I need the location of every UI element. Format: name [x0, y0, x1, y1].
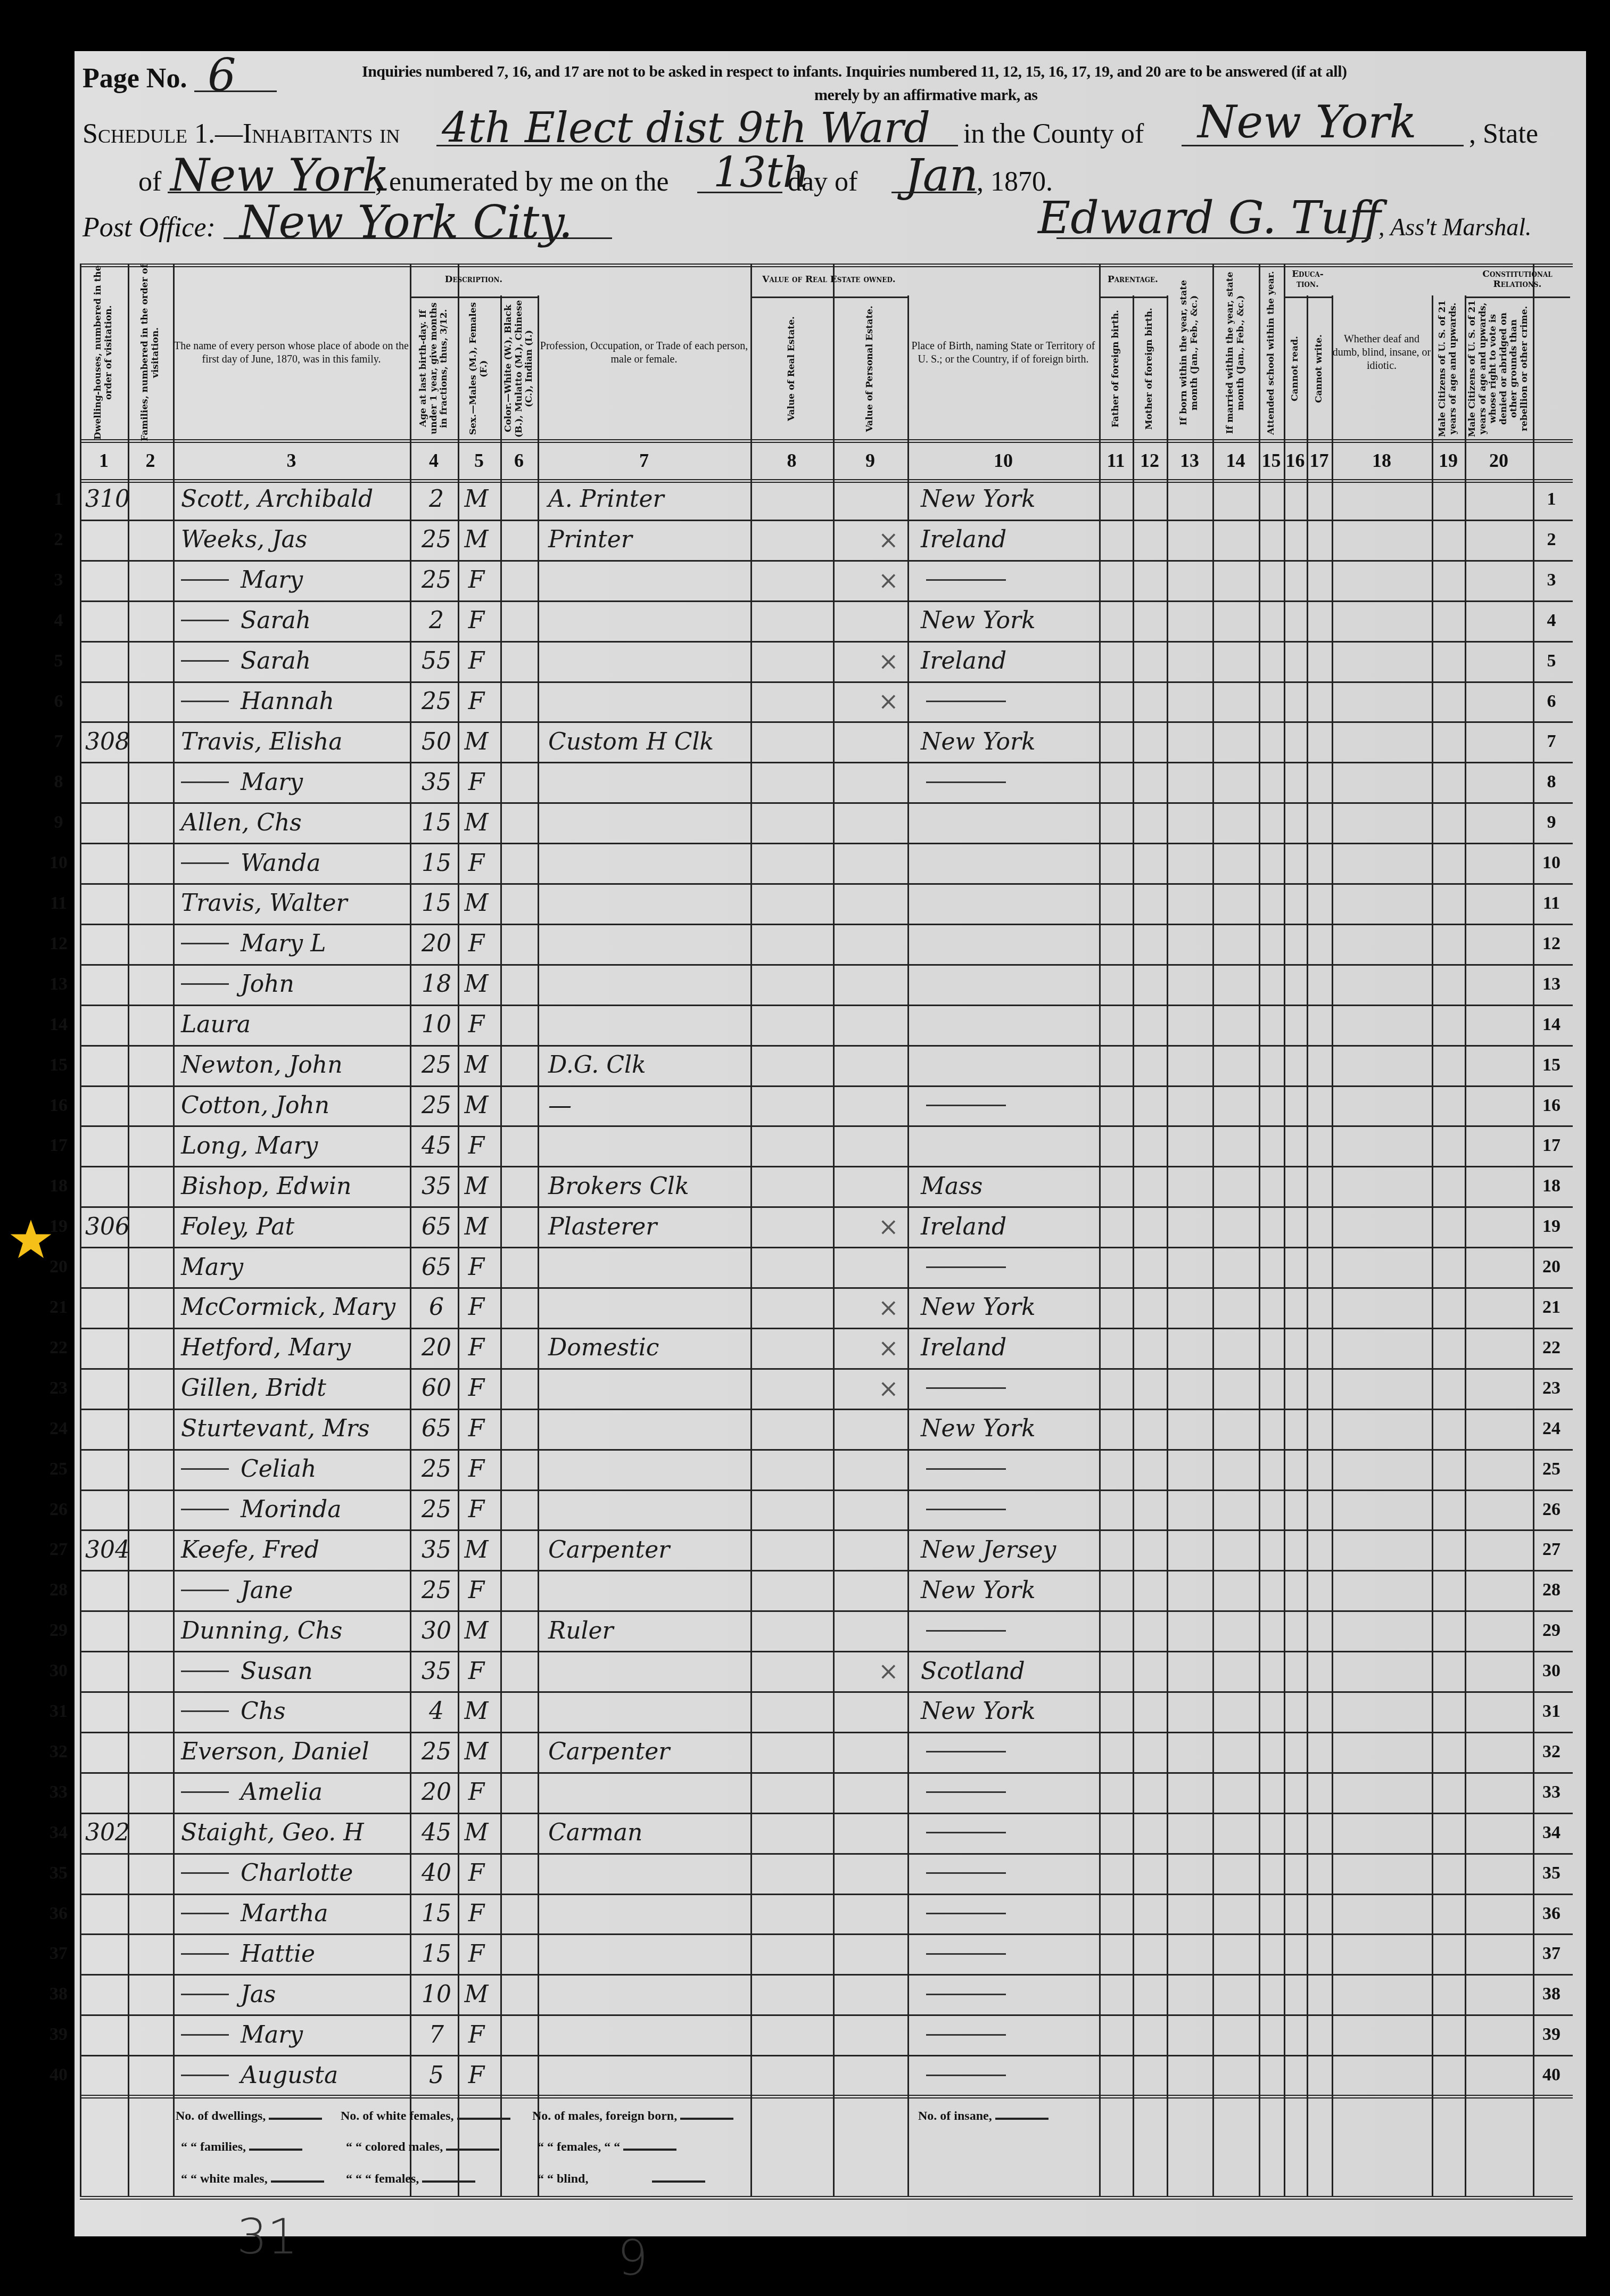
row-number-left: 33 [40, 1772, 77, 1813]
birthplace-value: New Jersey [921, 1529, 1096, 1570]
age-value: 35 [415, 1529, 458, 1570]
ditto-dash [181, 1913, 229, 1914]
person-name-text: Morinda [241, 1496, 341, 1523]
row-number-left: 7 [40, 721, 77, 762]
occupation-value: D.G. Clk [548, 1045, 750, 1085]
row-number-left: 16 [40, 1085, 77, 1126]
post-office-label: Post Office: [82, 212, 216, 243]
footer-colored-males-blank[interactable] [446, 2149, 499, 2151]
row-number-left: 23 [40, 1368, 77, 1409]
sex-value: F [458, 843, 495, 883]
group-header-description: Description. [410, 264, 538, 295]
row-number-left: 11 [40, 883, 77, 924]
column-number: 5 [458, 442, 500, 479]
row-number-right: 35 [1533, 1853, 1570, 1894]
person-name: McCormick, Mary [181, 1287, 415, 1328]
sex-value: F [458, 1328, 495, 1368]
age-value: 25 [415, 1570, 458, 1610]
row-number-left: 22 [40, 1328, 77, 1368]
birthplace-value: Ireland [921, 1328, 1096, 1368]
footer-white-males-blank[interactable] [271, 2180, 324, 2183]
footer-males-foreign-blank[interactable] [680, 2118, 733, 2120]
sex-value: F [458, 1489, 495, 1530]
ditto-dash [181, 983, 229, 985]
footer-white-females-label: No. of white females, [341, 2109, 454, 2123]
column-header-label: Sex.—Males (M.), Females (F.) [468, 298, 489, 439]
column-number: 9 [833, 442, 907, 479]
ditto-dash [926, 1266, 1006, 1268]
person-name-text: Bishop, Edwin [181, 1173, 351, 1200]
occupation-value: Plasterer [548, 1206, 750, 1247]
row-number-left: 34 [40, 1813, 77, 1853]
column-rule [1432, 295, 1433, 2196]
row-number-left: 14 [40, 1005, 77, 1045]
age-value: 20 [415, 1328, 458, 1368]
column-rule [1099, 264, 1101, 2196]
column-header-label: Cannot read. [1290, 336, 1301, 401]
age-value: 5 [415, 2055, 458, 2095]
age-value: 40 [415, 1853, 458, 1894]
ditto-birthplace [926, 762, 1033, 802]
footer-colored-males: “ “ colored males, [346, 2140, 499, 2154]
column-rule [1259, 264, 1260, 2196]
ditto-dash [926, 1872, 1006, 1874]
sex-value: F [458, 2055, 495, 2095]
ditto-dash [181, 1994, 229, 1995]
column-rule [538, 295, 539, 2196]
row-number-left: 5 [40, 641, 77, 681]
footer-males-foreign: No. of males, foreign born, [532, 2109, 733, 2124]
person-name-text: Cotton, John [181, 1092, 329, 1119]
person-name: John [181, 964, 415, 1005]
column-rule [1332, 295, 1333, 2196]
ditto-birthplace [926, 1610, 1033, 1651]
row-number-right: 23 [1533, 1368, 1570, 1409]
person-name: Keefe, Fred [181, 1529, 415, 1570]
sex-value: F [458, 2014, 495, 2055]
person-name-text: Mary [241, 769, 303, 796]
column-rule [750, 264, 752, 2196]
column-header-18: Whether deaf and dumb, blind, insane, or… [1332, 264, 1432, 442]
person-name-text: Travis, Elisha [181, 728, 343, 755]
row-number-left: 8 [40, 762, 77, 802]
age-value: 15 [415, 802, 458, 843]
person-name-text: Laura [181, 1011, 251, 1038]
footer-females-foreign: “ “ females, “ “ [538, 2140, 676, 2154]
row-number-right: 12 [1533, 924, 1570, 964]
row-number-left: 18 [40, 1166, 77, 1206]
row-number-left: 38 [40, 1974, 77, 2014]
footer-dwellings-blank[interactable] [269, 2118, 322, 2120]
age-value: 20 [415, 1772, 458, 1813]
person-name-text: Sarah [241, 607, 311, 634]
person-name: Martha [181, 1894, 415, 1934]
footer-white-females-blank[interactable] [457, 2118, 510, 2120]
ditto-dash [926, 1832, 1006, 1833]
sex-value: F [458, 1570, 495, 1610]
sex-value: F [458, 1853, 495, 1894]
sex-value: M [458, 1610, 495, 1651]
person-name-text: Hattie [241, 1940, 315, 1968]
row-number-right: 7 [1533, 721, 1570, 762]
footer-dwellings: No. of dwellings, [176, 2109, 322, 2124]
ditto-dash [926, 1953, 1006, 1955]
column-number: 13 [1167, 442, 1212, 479]
ditto-dash [926, 1791, 1006, 1793]
column-header-14: If married within the year, state month … [1212, 264, 1259, 442]
row-number-left: 25 [40, 1449, 77, 1489]
column-number: 18 [1332, 442, 1432, 479]
age-value: 15 [415, 1933, 458, 1974]
foreign-birth-mark: × [878, 681, 905, 722]
footer-families-blank[interactable] [249, 2149, 302, 2151]
person-name-text: Amelia [241, 1779, 323, 1806]
county-underline [1182, 145, 1464, 146]
occupation-value: Carpenter [548, 1529, 750, 1570]
footer-females-foreign-blank[interactable] [623, 2149, 676, 2151]
row-number-right: 1 [1533, 479, 1570, 520]
person-name: Hetford, Mary [181, 1328, 415, 1368]
rows-bottom-rule [80, 2095, 1573, 2099]
row-number-left: 36 [40, 1894, 77, 1934]
foreign-birth-mark: × [878, 1368, 905, 1409]
age-value: 18 [415, 964, 458, 1005]
sex-value: M [458, 964, 495, 1005]
ditto-dash [926, 1630, 1006, 1632]
column-header-3: The name of every person whose place of … [173, 264, 410, 442]
column-header-label: Father of foreign birth. [1111, 310, 1121, 427]
occupation-value: Ruler [548, 1610, 750, 1651]
ditto-dash [181, 1791, 229, 1793]
row-number-left: 3 [40, 560, 77, 600]
column-number: 2 [128, 442, 173, 479]
star-marker-icon[interactable] [10, 1218, 52, 1261]
pencil-mark-center: 9 [617, 2231, 648, 2286]
sex-value: M [458, 802, 495, 843]
column-rule [833, 264, 835, 2196]
row-number-right: 14 [1533, 1005, 1570, 1045]
ditto-birthplace [926, 1247, 1033, 1287]
ditto-birthplace [926, 1772, 1033, 1813]
person-name: Chs [181, 1691, 415, 1732]
column-number: 14 [1212, 442, 1259, 479]
person-name-text: McCormick, Mary [181, 1294, 395, 1321]
age-value: 20 [415, 924, 458, 964]
ditto-birthplace [926, 1813, 1033, 1853]
person-name-text: Mary L [241, 930, 326, 957]
column-number: 1 [80, 442, 128, 479]
person-name-text: Foley, Pat [181, 1213, 294, 1240]
row-number-left: 2 [40, 520, 77, 560]
foreign-birth-mark: × [878, 1651, 905, 1691]
person-name-text: Scott, Archibald [181, 485, 373, 513]
column-rule [907, 295, 909, 2196]
column-header-1: Dwelling-houses, numbered in the order o… [80, 264, 128, 442]
person-name-text: Allen, Chs [181, 809, 302, 836]
person-name: Hattie [181, 1933, 415, 1974]
age-value: 30 [415, 1610, 458, 1651]
ditto-birthplace [926, 560, 1033, 600]
row-number-right: 22 [1533, 1328, 1570, 1368]
birthplace-value: Ireland [921, 1206, 1096, 1247]
occupation-value: Custom H Clk [548, 721, 750, 762]
row-number-right: 27 [1533, 1529, 1570, 1570]
age-value: 65 [415, 1409, 458, 1449]
footer-females-foreign-label: “ “ females, “ “ [538, 2140, 620, 2154]
row-number-left: 24 [40, 1409, 77, 1449]
footer-white-males-label: “ “ white males, [181, 2172, 268, 2186]
person-name-text: Mary [241, 2021, 303, 2048]
age-value: 25 [415, 560, 458, 600]
marshal-underline [1056, 237, 1370, 239]
age-value: 60 [415, 1368, 458, 1409]
sex-value: F [458, 1449, 495, 1489]
column-number: 19 [1432, 442, 1465, 479]
ditto-dash [926, 2075, 1006, 2076]
person-name-text: Dunning, Chs [181, 1617, 342, 1644]
schedule-text: Schedule 1.—Inhabitants in [82, 119, 400, 149]
sex-value: F [458, 1125, 495, 1166]
occupation-value: Printer [548, 520, 750, 560]
row-number-right: 9 [1533, 802, 1570, 843]
day-underline [697, 192, 782, 193]
column-header-13: If born within the year, state month (Ja… [1167, 264, 1212, 442]
column-number: 8 [750, 442, 833, 479]
row-number-right: 15 [1533, 1045, 1570, 1085]
column-header-6: Color.—White (W.), Black (B.), Mulatto (… [500, 298, 538, 439]
column-number: 4 [410, 442, 458, 479]
person-name: Newton, John [181, 1045, 415, 1085]
ditto-dash [926, 1913, 1006, 1914]
row-number-right: 20 [1533, 1247, 1570, 1287]
birthplace-value: Ireland [921, 520, 1096, 560]
dwelling-number: 302 [85, 1813, 128, 1853]
row-number-right: 4 [1533, 600, 1570, 641]
footer-blind-label: “ “ blind, [538, 2172, 588, 2186]
ditto-dash [926, 579, 1006, 581]
post-office-underline [224, 237, 612, 239]
ditto-birthplace [926, 1449, 1033, 1489]
dwelling-number: 306 [85, 1206, 128, 1247]
person-name-text: Staight, Geo. H [181, 1819, 364, 1846]
person-name: Mary [181, 762, 415, 802]
footer-insane-blank[interactable] [995, 2118, 1048, 2120]
foreign-birth-mark: × [878, 1206, 905, 1247]
person-name-text: Hetford, Mary [181, 1334, 351, 1361]
sex-value: F [458, 924, 495, 964]
page-number: 6 [208, 49, 236, 101]
pencil-mark-left: 31 [237, 2209, 298, 2265]
footer-insane: No. of insane, [918, 2109, 1048, 2124]
person-name: Foley, Pat [181, 1206, 415, 1247]
column-header-20: Male Citizens of U. S. of 21 years of ag… [1465, 298, 1533, 439]
column-header-label: If married within the year, state month … [1225, 264, 1246, 442]
person-name-text: Weeks, Jas [181, 526, 307, 553]
person-name: Sarah [181, 600, 415, 641]
age-value: 10 [415, 1005, 458, 1045]
row-number-left: 17 [40, 1125, 77, 1166]
column-header-8: Value of Real Estate. [750, 298, 833, 439]
column-header-16: Cannot read. [1284, 298, 1307, 439]
row-number-left: 35 [40, 1853, 77, 1894]
column-header-10: Place of Birth, naming State or Territor… [907, 264, 1099, 442]
row-number-right: 36 [1533, 1894, 1570, 1934]
sex-value: M [458, 520, 495, 560]
row-number-right: 26 [1533, 1489, 1570, 1530]
person-name: Dunning, Chs [181, 1610, 415, 1651]
row-number-left: 29 [40, 1610, 77, 1651]
column-header-label: Value of Personal Estate. [865, 306, 876, 432]
column-number: 3 [173, 442, 410, 479]
person-name: Bishop, Edwin [181, 1166, 415, 1206]
footer-white-females: No. of white females, [341, 2109, 510, 2124]
ditto-birthplace [926, 1085, 1033, 1126]
sex-value: M [458, 721, 495, 762]
row-number-left: 9 [40, 802, 77, 843]
sex-value: M [458, 1974, 495, 2014]
column-header-19: Male Citizens of U. S. of 21 years of ag… [1432, 298, 1465, 439]
footer-blind-blank[interactable] [652, 2180, 705, 2183]
sex-value: F [458, 1933, 495, 1974]
column-rule [173, 264, 175, 2196]
person-name-text: Mary [241, 566, 303, 594]
age-value: 35 [415, 762, 458, 802]
ditto-birthplace [926, 1489, 1033, 1530]
page-label: Page No. [82, 63, 187, 94]
column-header-4: Age at last birth-day. If under 1 year, … [410, 298, 458, 439]
ditto-dash [181, 620, 229, 621]
marshal-label: , Ass't Marshal. [1378, 213, 1532, 241]
ditto-birthplace [926, 1933, 1033, 1974]
row-number-right: 33 [1533, 1772, 1570, 1813]
person-name: Augusta [181, 2055, 415, 2095]
footer-dwellings-label: No. of dwellings, [176, 2109, 266, 2123]
person-name-text: Susan [241, 1658, 313, 1685]
birthplace-value: New York [921, 479, 1096, 520]
footer-families-label: “ “ families, [181, 2140, 246, 2154]
person-name-text: Charlotte [241, 1859, 353, 1887]
column-number: 16 [1284, 442, 1307, 479]
person-name: Charlotte [181, 1853, 415, 1894]
ditto-dash [181, 1872, 229, 1874]
column-header-label: Attended school within the year. [1266, 271, 1277, 435]
age-value: 15 [415, 883, 458, 924]
row-number-right: 28 [1533, 1570, 1570, 1610]
person-name: Everson, Daniel [181, 1732, 415, 1772]
person-name-text: John [241, 970, 294, 998]
age-value: 25 [415, 681, 458, 722]
row-number-right: 6 [1533, 681, 1570, 722]
sex-value: F [458, 1368, 495, 1409]
sex-value: M [458, 1045, 495, 1085]
ditto-dash [926, 701, 1006, 702]
person-name-text: Jas [241, 1981, 276, 2008]
column-header-label: Whether deaf and dumb, blind, insane, or… [1332, 333, 1432, 373]
row-number-left: 21 [40, 1287, 77, 1328]
ditto-dash [926, 1105, 1006, 1106]
state-label: , State [1469, 118, 1538, 150]
person-name: Mary [181, 560, 415, 600]
column-header-label: Male Citizens of U. S. of 21 years of ag… [1438, 298, 1458, 439]
day-of-label: day of [788, 166, 857, 197]
ditto-dash [181, 701, 229, 702]
column-number: 10 [907, 442, 1099, 479]
person-name: Hannah [181, 681, 415, 722]
row-number-left: 13 [40, 964, 77, 1005]
row-number-left: 15 [40, 1045, 77, 1085]
row-number-right: 13 [1533, 964, 1570, 1005]
footer-white-males: “ “ white males, [181, 2172, 324, 2186]
sex-value: M [458, 479, 495, 520]
column-header-17: Cannot write. [1307, 298, 1332, 439]
occupation-value: Brokers Clk [548, 1166, 750, 1206]
post-office-value: New York City. [240, 196, 573, 248]
column-header-12: Mother of foreign birth. [1133, 298, 1167, 439]
occupation-value: Domestic [548, 1328, 750, 1368]
age-value: 25 [415, 1085, 458, 1126]
row-number-right: 16 [1533, 1085, 1570, 1126]
row-number-right: 32 [1533, 1732, 1570, 1772]
sex-value: M [458, 1166, 495, 1206]
enumerated-label: , enumerated by me on the [375, 166, 669, 197]
sex-value: F [458, 681, 495, 722]
sex-value: M [458, 1813, 495, 1853]
sex-value: F [458, 1005, 495, 1045]
column-header-label: Cannot write. [1314, 334, 1325, 403]
column-header-label: Place of Birth, naming State or Territor… [907, 340, 1099, 366]
birthplace-value: New York [921, 1691, 1096, 1732]
sex-value: M [458, 1206, 495, 1247]
column-header-9: Value of Personal Estate. [833, 298, 907, 439]
sex-value: F [458, 1772, 495, 1813]
sex-value: M [458, 1691, 495, 1732]
footer-blind: “ “ blind, [538, 2172, 705, 2186]
birthplace-value: New York [921, 721, 1096, 762]
ditto-dash [181, 1670, 229, 1672]
row-number-right: 8 [1533, 762, 1570, 802]
person-name-text: Celiah [241, 1455, 316, 1483]
ditto-dash [181, 943, 229, 944]
column-header-5: Sex.—Males (M.), Females (F.) [458, 298, 500, 439]
person-name: Mary [181, 2014, 415, 2055]
ditto-dash [181, 781, 229, 783]
person-name: Travis, Walter [181, 883, 415, 924]
county-value: New York [1198, 96, 1417, 148]
row-number-left: 26 [40, 1489, 77, 1530]
row-number-right: 39 [1533, 2014, 1570, 2055]
column-header-11: Father of foreign birth. [1099, 298, 1133, 439]
row-number-left: 27 [40, 1529, 77, 1570]
person-name-text: Gillen, Bridt [181, 1375, 326, 1402]
dwelling-number: 310 [85, 479, 128, 520]
column-number: 12 [1133, 442, 1167, 479]
foreign-birth-mark: × [878, 1287, 905, 1328]
column-header-label: Dwelling-houses, numbered in the order o… [93, 264, 114, 442]
column-rule [80, 264, 81, 2196]
age-value: 15 [415, 843, 458, 883]
ditto-birthplace [926, 2055, 1033, 2095]
birthplace-value: New York [921, 600, 1096, 641]
dwelling-number: 308 [85, 721, 128, 762]
person-name: Celiah [181, 1449, 415, 1489]
footer-colored-females-blank[interactable] [422, 2180, 475, 2183]
ditto-dash [926, 1751, 1006, 1752]
row-number-left: 6 [40, 681, 77, 722]
column-rule [1465, 295, 1466, 2196]
sex-value: F [458, 1287, 495, 1328]
ditto-dash [926, 2034, 1006, 2036]
person-name: Laura [181, 1005, 415, 1045]
